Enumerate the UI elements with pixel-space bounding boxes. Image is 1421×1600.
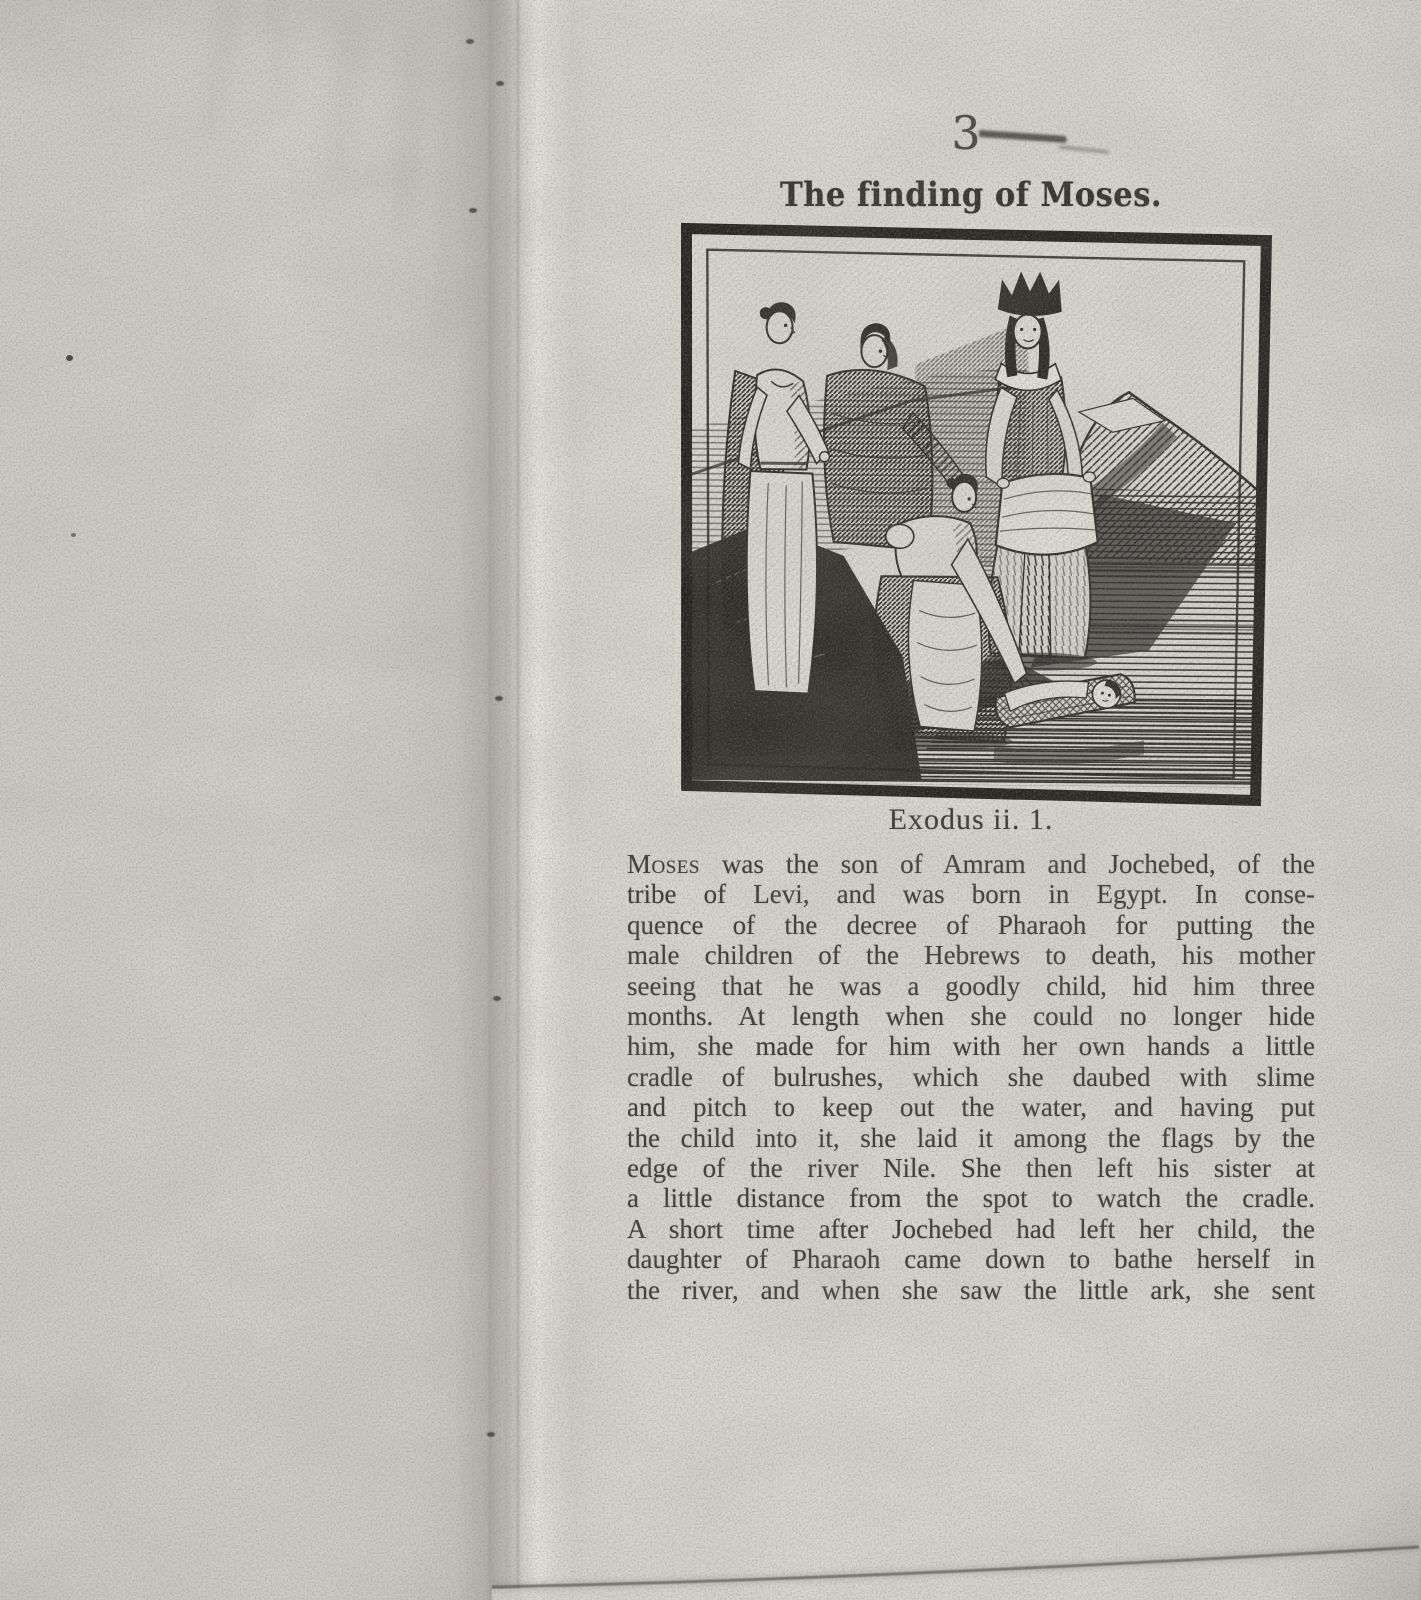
spine-crease — [517, 0, 519, 1600]
body-line: months. At length when she could no long… — [627, 1001, 1315, 1031]
page-title: The finding of Moses. — [661, 175, 1280, 215]
body-line: male children of the Hebrews to death, h… — [627, 940, 1315, 970]
showthrough-mark — [263, 0, 293, 115]
woodcut-texture — [688, 233, 1263, 790]
lead-word: Moses — [627, 849, 700, 879]
body-line: A short time after Jochebed had left her… — [627, 1214, 1315, 1244]
stitch-dot — [496, 81, 504, 86]
crease-shadow — [240, 623, 410, 676]
woodcut-svg — [673, 221, 1272, 810]
body-line-rest: was the son of Amram and Jochebed, of th… — [722, 849, 1315, 879]
body-line: a little distance from the spot to watch… — [627, 1183, 1315, 1213]
body-line: and pitch to keep out the water, and hav… — [627, 1092, 1315, 1122]
body-text: Moses was the son of Amram and Jochebed,… — [627, 849, 1315, 1305]
stitch-dot — [466, 39, 474, 44]
book-spine — [455, 0, 615, 1600]
body-line: daughter of Pharaoh came down to bathe h… — [627, 1244, 1315, 1274]
ink-fleck — [66, 355, 73, 361]
body-line: the child into it, she laid it among the… — [627, 1123, 1315, 1153]
stitch-dot — [493, 996, 501, 1001]
body-line: cradle of bulrushes, which she daubed wi… — [627, 1062, 1315, 1092]
stitch-dot — [487, 1432, 495, 1437]
body-line: the river, and when she saw the little a… — [627, 1275, 1315, 1305]
showthrough-mark — [198, 0, 245, 137]
stitch-dot — [469, 208, 477, 213]
ink-fleck — [71, 533, 76, 537]
page-number: 3 — [627, 106, 1315, 160]
showthrough-mark — [393, 26, 426, 237]
book-photo: 3 The finding of Moses. Exodus ii. 1. Mo… — [0, 0, 1421, 1600]
body-line: edge of the river Nile. She then left hi… — [627, 1153, 1315, 1183]
showthrough-mark — [321, 5, 367, 177]
body-line: tribe of Levi, and was born in Egypt. In… — [627, 879, 1315, 909]
body-line: Moses was the son of Amram and Jochebed,… — [627, 849, 1315, 879]
woodcut-scene — [688, 233, 1271, 790]
showthrough-mark — [60, 1380, 270, 1440]
body-line: quence of the decree of Pharaoh for putt… — [627, 910, 1315, 940]
moses-illustration — [673, 221, 1272, 810]
body-line: seeing that he was a goodly child, hid h… — [627, 971, 1315, 1001]
crease-shadow — [41, 793, 459, 865]
spine-crease — [489, 0, 491, 1600]
body-line: him, she made for him with her own hands… — [627, 1031, 1315, 1061]
stitch-dot — [495, 696, 503, 701]
left-page — [0, 0, 505, 1600]
